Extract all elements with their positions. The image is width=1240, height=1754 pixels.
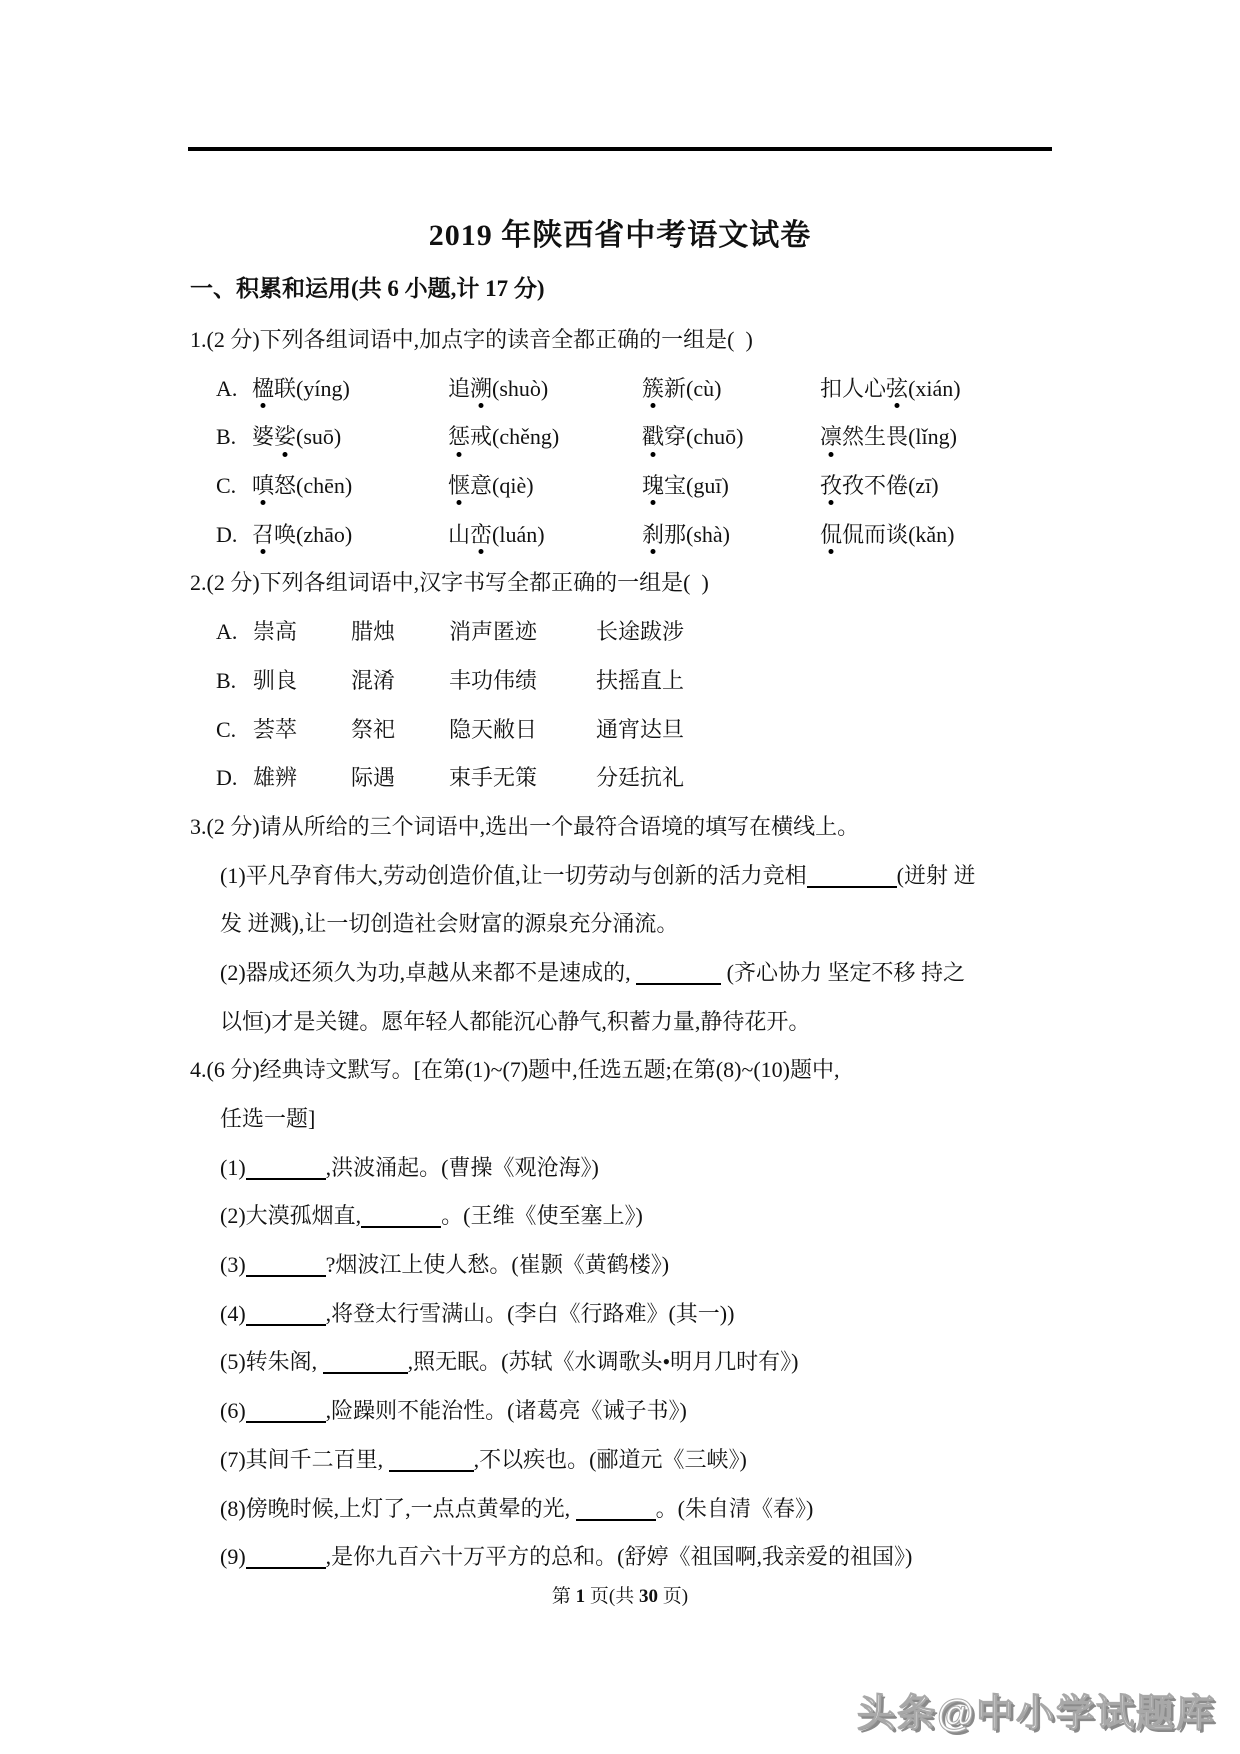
- q1-option-row: C.嗔怒(chēn)惬意(qiè)瑰宝(guī)孜孜不倦(zī): [0, 462, 1240, 511]
- dotted-char: 嗔: [252, 473, 274, 499]
- q3-subline: (1)平凡孕育伟大,劳动创造价值,让一切劳动与创新的活力竞相(迸射 迸: [0, 852, 1240, 901]
- text-segment: 发 迸溅),让一切创造社会财富的源泉充分涌流。: [220, 911, 678, 936]
- pinyin-reading: (cù): [686, 376, 721, 401]
- text-segment: (5)转朱阁,: [220, 1349, 323, 1374]
- q2-option-word: 束手无策: [449, 754, 537, 803]
- q4-dictation-item: (9),是你九百六十万平方的总和。(舒婷《祖国啊,我亲爱的祖国》): [0, 1533, 1240, 1582]
- char: 心: [864, 376, 886, 402]
- q2-option-word: 扶摇直上: [596, 657, 684, 706]
- char: 联: [274, 376, 296, 402]
- pinyin-reading: (shuò): [492, 376, 548, 401]
- option-label: C.: [216, 462, 236, 511]
- q4-dictation-item: (5)转朱阁, ,照无眠。(苏轼《水调歌头•明月几时有》): [0, 1338, 1240, 1387]
- q4-dictation-item: (3)?烟波江上使人愁。(崔颢《黄鹤楼》): [0, 1241, 1240, 1290]
- text-segment: (迸射 迸: [897, 863, 976, 888]
- q1-option-row: B.婆娑(suō)惩戒(chěng)戳穿(chuō)凛然生畏(lǐng): [0, 413, 1240, 462]
- question-stem: 任选一题]: [0, 1095, 1240, 1144]
- q2-option-word: 丰功伟绩: [449, 657, 537, 706]
- text-segment: 。(朱自清《春》): [656, 1496, 814, 1521]
- q1-option-word: 楹联(yíng): [252, 365, 350, 414]
- pinyin-reading: (kǎn): [908, 522, 954, 547]
- blank-line: [246, 1566, 326, 1569]
- char: 新: [664, 376, 686, 402]
- char: 而: [864, 522, 886, 548]
- char: 山: [448, 522, 470, 548]
- watermark: 头条@中小学试题库: [857, 1686, 1216, 1742]
- q3-subline: 以恒)才是关键。愿年轻人都能沉心静气,积蓄力量,静待花开。: [0, 998, 1240, 1047]
- text-segment: (4): [220, 1301, 246, 1326]
- section-one-heading: 一、积累和运用(共 6 小题,计 17 分): [190, 274, 545, 304]
- text-segment: 以恒)才是关键。愿年轻人都能沉心静气,积蓄力量,静待花开。: [220, 1009, 810, 1034]
- q4-dictation-item: (6),险躁则不能治性。(诸葛亮《诫子书》): [0, 1387, 1240, 1436]
- blank-line: [576, 1518, 656, 1521]
- text-segment: 。(王维《使至塞上》): [441, 1203, 643, 1228]
- pinyin-reading: (xián): [908, 376, 961, 401]
- blank-line: [246, 1274, 326, 1277]
- option-label: B.: [216, 413, 236, 462]
- char: 戒: [470, 424, 492, 450]
- option-label: C.: [216, 706, 236, 755]
- q2-option-word: 分廷抗礼: [596, 754, 684, 803]
- dotted-char: 惬: [448, 473, 470, 499]
- char: 生: [864, 424, 886, 450]
- q2-option-word: 雄辨: [253, 754, 297, 803]
- q1-option-row: D.召唤(zhāo)山峦(luán)刹那(shà)侃侃而谈(kǎn): [0, 511, 1240, 560]
- q2-option-word: 荟萃: [253, 706, 297, 755]
- q4-dictation-item: (7)其间千二百里, ,不以疾也。(郦道元《三峡》): [0, 1436, 1240, 1485]
- q1-option-word: 惩戒(chěng): [448, 413, 559, 462]
- pinyin-reading: (chuō): [686, 424, 743, 449]
- dotted-char: 娑: [274, 424, 296, 450]
- option-label: A.: [216, 365, 237, 414]
- text-segment: (齐心协力 坚定不移 持之: [721, 960, 965, 985]
- q1-option-word: 孜孜不倦(zī): [820, 462, 939, 511]
- text-segment: ,不以疾也。(郦道元《三峡》): [474, 1447, 747, 1472]
- q1-option-word: 扣人心弦(xián): [820, 365, 961, 414]
- dotted-char: 凛: [820, 424, 842, 450]
- q2-option-word: 隐天敝日: [449, 706, 537, 755]
- text-segment: ?烟波江上使人愁。(崔颢《黄鹤楼》): [326, 1252, 669, 1277]
- dotted-char: 戳: [642, 424, 664, 450]
- q2-option-row: C.荟萃祭祀隐天敝日通宵达旦: [0, 706, 1240, 755]
- text-segment: ,洪波涌起。(曹操《观沧海》): [326, 1155, 599, 1180]
- dotted-char: 弦: [886, 376, 908, 402]
- question-stem: 3.(2 分)请从所给的三个词语中,选出一个最符合语境的填写在横线上。: [0, 803, 1240, 852]
- text-segment: (8)傍晚时候,上灯了,一点点黄晕的光,: [220, 1496, 576, 1521]
- blank-line: [323, 1371, 408, 1374]
- text-segment: ,照无眠。(苏轼《水调歌头•明月几时有》): [408, 1349, 799, 1374]
- pinyin-reading: (lǐng): [908, 424, 957, 449]
- char: 宝: [664, 473, 686, 499]
- q2-option-row: D.雄辨际遇束手无策分廷抗礼: [0, 754, 1240, 803]
- page-footer: 第 1 页(共 30 页): [0, 1583, 1240, 1611]
- footer-page-number: 1: [576, 1586, 586, 1607]
- option-label: D.: [216, 511, 237, 560]
- char: 意: [470, 473, 492, 499]
- char: 唤: [274, 522, 296, 548]
- char: 孜: [842, 473, 864, 499]
- dotted-char: 刹: [642, 522, 664, 548]
- option-label: A.: [216, 608, 237, 657]
- dotted-char: 侃: [820, 522, 842, 548]
- q1-option-word: 惬意(qiè): [448, 462, 534, 511]
- q1-option-word: 山峦(luán): [448, 511, 545, 560]
- q2-option-row: B.驯良混淆丰功伟绩扶摇直上: [0, 657, 1240, 706]
- q2-option-word: 消声匿迹: [449, 608, 537, 657]
- q2-option-word: 通宵达旦: [596, 706, 684, 755]
- page-title: 2019 年陕西省中考语文试卷: [0, 217, 1240, 255]
- dotted-char: 楹: [252, 376, 274, 402]
- q1-option-word: 簇新(cù): [642, 365, 721, 414]
- char: 婆: [252, 424, 274, 450]
- footer-text: 页): [658, 1586, 688, 1607]
- char: 扣: [820, 376, 842, 402]
- q3-subline: (2)器成还须久为功,卓越从来都不是速成的, (齐心协力 坚定不移 持之: [0, 949, 1240, 998]
- blank-line: [246, 1177, 326, 1180]
- char: 谈: [886, 522, 908, 548]
- pinyin-reading: (shà): [686, 522, 730, 547]
- footer-text: 第: [552, 1586, 576, 1607]
- q1-option-word: 追溯(shuò): [448, 365, 548, 414]
- q2-option-word: 际遇: [351, 754, 395, 803]
- header-divider-rule: [188, 147, 1052, 151]
- text-segment: (1): [220, 1155, 246, 1180]
- q1-option-word: 刹那(shà): [642, 511, 730, 560]
- q1-option-word: 召唤(zhāo): [252, 511, 352, 560]
- char: 侃: [842, 522, 864, 548]
- dotted-char: 惩: [448, 424, 470, 450]
- char: 畏: [886, 424, 908, 450]
- q3-subline: 发 迸溅),让一切创造社会财富的源泉充分涌流。: [0, 900, 1240, 949]
- char: 倦: [886, 473, 908, 499]
- q1-option-word: 瑰宝(guī): [642, 462, 729, 511]
- char: 穿: [664, 424, 686, 450]
- pinyin-reading: (chěng): [492, 424, 559, 449]
- q4-dictation-item: (2)大漠孤烟直,。(王维《使至塞上》): [0, 1192, 1240, 1241]
- dotted-char: 召: [252, 522, 274, 548]
- footer-total-pages: 30: [639, 1586, 658, 1607]
- q2-option-word: 祭祀: [351, 706, 395, 755]
- exam-body: 1.(2 分)下列各组词语中,加点字的读音全都正确的一组是( )A.楹联(yín…: [0, 316, 1240, 1582]
- blank-line: [807, 885, 897, 888]
- question-stem: 2.(2 分)下列各组词语中,汉字书写全都正确的一组是( ): [0, 559, 1240, 608]
- pinyin-reading: (chēn): [296, 473, 352, 498]
- q4-dictation-item: (1),洪波涌起。(曹操《观沧海》): [0, 1144, 1240, 1193]
- q1-option-word: 婆娑(suō): [252, 413, 341, 462]
- pinyin-reading: (zhāo): [296, 522, 352, 547]
- dotted-char: 孜: [820, 473, 842, 499]
- dotted-char: 溯: [470, 376, 492, 402]
- option-label: D.: [216, 754, 237, 803]
- blank-line: [361, 1225, 441, 1228]
- text-segment: (6): [220, 1398, 246, 1423]
- text-segment: (7)其间千二百里,: [220, 1447, 389, 1472]
- text-segment: ,是你九百六十万平方的总和。(舒婷《祖国啊,我亲爱的祖国》): [326, 1544, 913, 1569]
- exam-paper-page: 2019 年陕西省中考语文试卷 一、积累和运用(共 6 小题,计 17 分) 1…: [0, 0, 1240, 1754]
- char: 人: [842, 376, 864, 402]
- q2-option-word: 混淆: [351, 657, 395, 706]
- question-stem: 1.(2 分)下列各组词语中,加点字的读音全都正确的一组是( ): [0, 316, 1240, 365]
- char: 不: [864, 473, 886, 499]
- q4-dictation-item: (4),将登太行雪满山。(李白《行路难》(其一)): [0, 1290, 1240, 1339]
- text-segment: (1)平凡孕育伟大,劳动创造价值,让一切劳动与创新的活力竞相: [220, 863, 807, 888]
- blank-line: [246, 1420, 326, 1423]
- text-segment: ,险躁则不能治性。(诸葛亮《诫子书》): [326, 1398, 687, 1423]
- dotted-char: 瑰: [642, 473, 664, 499]
- footer-text: 页(共: [585, 1586, 639, 1607]
- q4-dictation-item: (8)傍晚时候,上灯了,一点点黄晕的光, 。(朱自清《春》): [0, 1485, 1240, 1534]
- question-stem: 4.(6 分)经典诗文默写。[在第(1)~(7)题中,任选五题;在第(8)~(1…: [0, 1046, 1240, 1095]
- pinyin-reading: (yíng): [296, 376, 350, 401]
- char: 那: [664, 522, 686, 548]
- pinyin-reading: (suō): [296, 424, 341, 449]
- blank-line: [246, 1323, 326, 1326]
- q1-option-word: 侃侃而谈(kǎn): [820, 511, 954, 560]
- blank-line: [636, 982, 721, 985]
- dotted-char: 峦: [470, 522, 492, 548]
- text-segment: (2)器成还须久为功,卓越从来都不是速成的,: [220, 960, 636, 985]
- char: 怒: [274, 473, 296, 499]
- text-segment: (2)大漠孤烟直,: [220, 1203, 361, 1228]
- option-label: B.: [216, 657, 236, 706]
- char: 然: [842, 424, 864, 450]
- pinyin-reading: (guī): [686, 473, 729, 498]
- q1-option-row: A.楹联(yíng)追溯(shuò)簇新(cù)扣人心弦(xián): [0, 365, 1240, 414]
- text-segment: ,将登太行雪满山。(李白《行路难》(其一)): [326, 1301, 735, 1326]
- q2-option-word: 驯良: [253, 657, 297, 706]
- dotted-char: 簇: [642, 376, 664, 402]
- pinyin-reading: (zī): [908, 473, 939, 498]
- q1-option-word: 戳穿(chuō): [642, 413, 743, 462]
- q2-option-word: 腊烛: [351, 608, 395, 657]
- pinyin-reading: (qiè): [492, 473, 534, 498]
- q1-option-word: 嗔怒(chēn): [252, 462, 352, 511]
- text-segment: (9): [220, 1544, 246, 1569]
- q1-option-word: 凛然生畏(lǐng): [820, 413, 957, 462]
- q2-option-row: A.崇高腊烛消声匿迹长途跋涉: [0, 608, 1240, 657]
- q2-option-word: 崇高: [253, 608, 297, 657]
- q2-option-word: 长途跋涉: [596, 608, 684, 657]
- blank-line: [389, 1469, 474, 1472]
- pinyin-reading: (luán): [492, 522, 545, 547]
- text-segment: (3): [220, 1252, 246, 1277]
- char: 追: [448, 376, 470, 402]
